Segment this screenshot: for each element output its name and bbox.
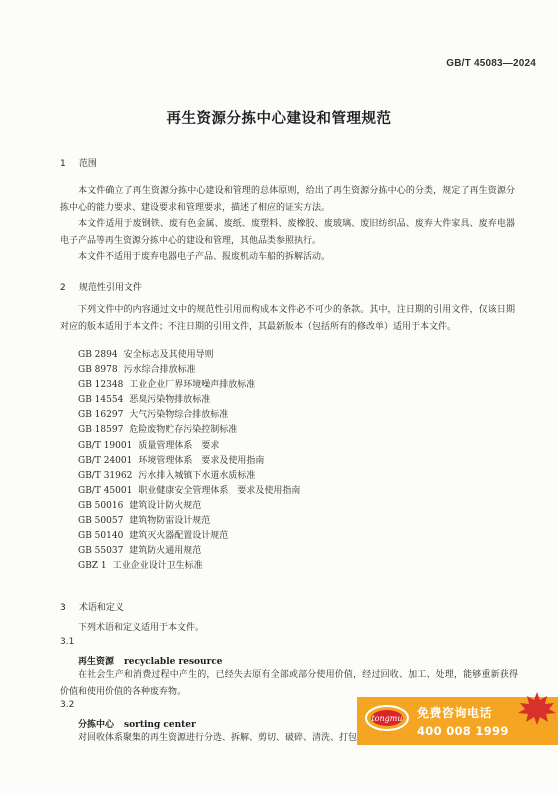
reference-item: GB/T 24001环境管理体系 要求及使用指南 [78,454,300,469]
standard-number: GB/T 45083—2024 [446,58,536,69]
ref-title: 危险废物贮存污染控制标准 [129,425,237,435]
ref-code: GBZ 1 [78,559,107,574]
ref-title: 建筑物防雷设计规范 [129,516,210,526]
paragraph: 下列术语和定义适用于本文件。 [60,620,515,637]
section-number: 2 [60,283,76,293]
reference-item: GB/T 31962污水排入城镇下水道水质标准 [78,469,300,484]
paragraph: 本文件确立了再生资源分拣中心建设和管理的总体原则，给出了再生资源分拣中心的分类，… [60,183,515,216]
ref-title: 大气污染物综合排放标准 [129,410,228,420]
term-name: 分拣中心sorting center [78,717,196,730]
term-name-en: sorting center [124,720,196,730]
reference-item: GB/T 45001职业健康安全管理体系 要求及使用指南 [78,484,300,499]
reference-item: GB 16297大气污染物综合排放标准 [78,408,300,423]
ref-title: 建筑灭火器配置设计规范 [129,531,228,541]
section-heading-text: 规范性引用文件 [79,283,142,293]
ref-code: GB 55037 [78,544,123,559]
ref-title: 工业企业设计卫生标准 [113,561,203,571]
term-definition: 对回收体系聚集的再生资源进行分选、拆解、剪切、破碎、清洗、打包 [60,730,360,747]
reference-item: GB 50016建筑设计防火规范 [78,499,300,514]
reference-item: GB 8978污水综合排放标准 [78,363,300,378]
ref-title: 建筑设计防火规范 [129,501,201,511]
ref-code: GB 18597 [78,423,123,438]
paragraph: 本文件适用于废钢铁、废有色金属、废纸、废塑料、废橡胶、废玻璃、废旧纺织品、废弃大… [60,216,515,249]
section-number: 3 [60,603,76,613]
reference-item: GB 2894安全标志及其使用导则 [78,348,300,363]
reference-list: GB 2894安全标志及其使用导则 GB 8978污水综合排放标准 GB 123… [78,348,300,574]
ref-title: 工业企业厂界环境噪声排放标准 [129,380,255,390]
ad-title: 免费咨询电话 [417,704,492,721]
reference-item: GB 14554恶臭污染物排放标准 [78,393,300,408]
ref-code: GB 2894 [78,348,118,363]
reference-item: GB 50057建筑物防雷设计规范 [78,514,300,529]
ref-title: 污水综合排放标准 [124,365,196,375]
section-heading-text: 范围 [79,159,97,169]
paragraph: 本文件不适用于废弃电器电子产品、报废机动车船的拆解活动。 [60,249,515,266]
company-logo-icon: tongmu · · · [363,703,411,737]
ref-title: 恶臭污染物排放标准 [129,395,210,405]
ref-code: GB 50140 [78,529,123,544]
ad-phone-number[interactable]: 400 008 1999 [417,724,509,738]
term-name: 再生资源recyclable resource [78,654,223,667]
term-name-en: recyclable resource [124,657,223,667]
term-name-zh: 分拣中心 [78,720,114,730]
ref-code: GB/T 24001 [78,454,132,469]
reference-item: GB/T 19001质量管理体系 要求 [78,439,300,454]
reference-item: GB 18597危险废物贮存污染控制标准 [78,423,300,438]
reference-item: GB 55037建筑防火通用规范 [78,544,300,559]
ref-code: GB/T 31962 [78,469,132,484]
term-name-zh: 再生资源 [78,657,114,667]
ref-title: 污水排入城镇下水道水质标准 [138,471,255,481]
reference-item: GB 12348工业企业厂界环境噪声排放标准 [78,378,300,393]
ref-code: GB 8978 [78,363,118,378]
reference-item: GB 50140建筑灭火器配置设计规范 [78,529,300,544]
section-2-heading: 2 规范性引用文件 [60,280,142,293]
ref-code: GB 16297 [78,408,123,423]
section-heading-text: 术语和定义 [79,603,124,613]
svg-text:tongmu: tongmu [371,714,402,723]
ref-code: GB 12348 [78,378,123,393]
ref-title: 安全标志及其使用导则 [124,350,214,360]
term-number: 3.1 [60,637,74,647]
paragraph: 下列文件中的内容通过文中的规范性引用而构成本文件必不可少的条款。其中，注日期的引… [60,302,515,335]
section-1-heading: 1 范围 [60,156,97,169]
ref-title: 质量管理体系 要求 [138,441,219,451]
ref-code: GB 14554 [78,393,123,408]
ref-title: 建筑防火通用规范 [129,546,201,556]
term-number: 3.2 [60,700,74,710]
ref-title: 环境管理体系 要求及使用指南 [138,456,264,466]
section-3-heading: 3 术语和定义 [60,600,124,613]
ref-code: GB 50016 [78,499,123,514]
document-title: 再生资源分拣中心建设和管理规范 [0,107,558,128]
section-number: 1 [60,159,76,169]
ref-code: GB/T 45001 [78,484,132,499]
reference-item: GBZ 1工业企业设计卫生标准 [78,559,300,574]
ref-title: 职业健康安全管理体系 要求及使用指南 [138,486,300,496]
ref-code: GB 50057 [78,514,123,529]
term-definition: 在社会生产和消费过程中产生的，已经失去原有全部或部分使用价值，经过回收、加工、处… [60,667,518,700]
ref-code: GB/T 19001 [78,439,132,454]
svg-text:· · ·: · · · [383,731,391,737]
maple-leaf-icon [516,690,558,726]
